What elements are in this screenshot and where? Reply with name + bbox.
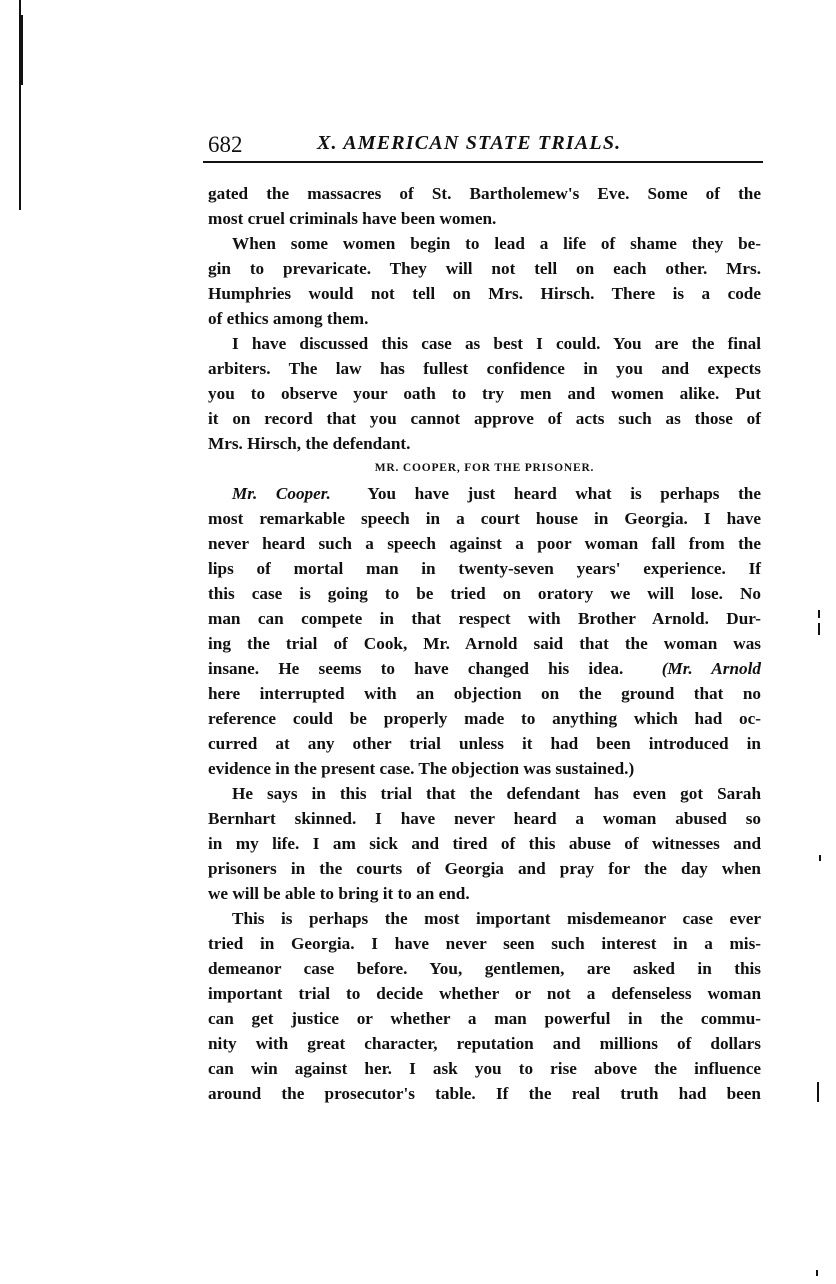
text-line: demeanor case before. You, gentlemen, ar… <box>208 956 761 981</box>
text-line: tried in Georgia. I have never seen such… <box>208 931 761 956</box>
text-line: man can compete in that respect with Bro… <box>208 606 761 631</box>
book-page: 682 X. AMERICAN STATE TRIALS. gated the … <box>203 128 763 160</box>
running-title: X. AMERICAN STATE TRIALS. <box>317 132 621 155</box>
text-line: gated the massacres of St. Bartholemew's… <box>208 181 761 206</box>
text-line: lips of mortal man in twenty-seven years… <box>208 556 761 581</box>
paragraph: gated the massacres of St. Bartholemew's… <box>208 181 761 231</box>
text-line: you to observe your oath to try men and … <box>208 381 761 406</box>
text-line: insane. He seems to have changed his ide… <box>208 656 761 681</box>
text-line: can win against her. I ask you to rise a… <box>208 1056 761 1081</box>
text-line: of ethics among them. <box>208 306 761 331</box>
text-line: curred at any other trial unless it had … <box>208 731 761 756</box>
text-line: this case is going to be tried on orator… <box>208 581 761 606</box>
page-number: 682 <box>208 132 243 158</box>
text-line: He says in this trial that the defendant… <box>208 781 761 806</box>
scan-speck <box>819 855 821 861</box>
scan-speck <box>817 1082 819 1102</box>
text-line: most remarkable speech in a court house … <box>208 506 761 531</box>
speaker-name: Mr. Cooper. <box>232 484 331 503</box>
text-line: Mrs. Hirsch, the defendant. <box>208 431 761 456</box>
text-line: gin to prevaricate. They will not tell o… <box>208 256 761 281</box>
text-line: most cruel criminals have been women. <box>208 206 761 231</box>
paragraph: He says in this trial that the defendant… <box>208 781 761 906</box>
text-line: can get justice or whether a man powerfu… <box>208 1006 761 1031</box>
text-line: nity with great character, reputation an… <box>208 1031 761 1056</box>
scan-edge-mark <box>21 15 23 85</box>
text-fragment: You have just heard what is perhaps the <box>367 484 761 503</box>
paragraph: When some women begin to lead a life of … <box>208 231 761 331</box>
text-line: in my life. I am sick and tired of this … <box>208 831 761 856</box>
text-line: reference could be properly made to anyt… <box>208 706 761 731</box>
text-line: arbiters. The law has fullest confidence… <box>208 356 761 381</box>
paragraph: I have discussed this case as best I cou… <box>208 331 761 456</box>
header-rule <box>203 161 763 163</box>
text-fragment: insane. He seems to have changed his ide… <box>208 659 623 678</box>
section-heading: MR. COOPER, FOR THE PRISONER. <box>208 456 761 481</box>
text-line: evidence in the present case. The object… <box>208 756 761 781</box>
text-line: Mr. Cooper. You have just heard what is … <box>208 481 761 506</box>
text-line: it on record that you cannot approve of … <box>208 406 761 431</box>
text-line: Humphries would not tell on Mrs. Hirsch.… <box>208 281 761 306</box>
text-line: This is perhaps the most important misde… <box>208 906 761 931</box>
running-head: 682 X. AMERICAN STATE TRIALS. <box>203 128 763 160</box>
text-line: never heard such a speech against a poor… <box>208 531 761 556</box>
paragraph: This is perhaps the most important misde… <box>208 906 761 1106</box>
body-text: gated the massacres of St. Bartholemew's… <box>208 181 761 1106</box>
text-line: I have discussed this case as best I cou… <box>208 331 761 356</box>
text-line: around the prosecutor's table. If the re… <box>208 1081 761 1106</box>
text-line: here interrupted with an objection on th… <box>208 681 761 706</box>
paragraph: Mr. Cooper. You have just heard what is … <box>208 481 761 781</box>
text-line: ing the trial of Cook, Mr. Arnold said t… <box>208 631 761 656</box>
scan-speck <box>818 623 820 635</box>
interjection-open: (Mr. Arnold <box>662 659 761 678</box>
scan-speck <box>816 1270 818 1276</box>
text-line: Bernhart skinned. I have never heard a w… <box>208 806 761 831</box>
text-line: important trial to decide whether or not… <box>208 981 761 1006</box>
text-line: prisoners in the courts of Georgia and p… <box>208 856 761 881</box>
scan-speck <box>818 610 820 618</box>
text-line: we will be able to bring it to an end. <box>208 881 761 906</box>
text-line: When some women begin to lead a life of … <box>208 231 761 256</box>
